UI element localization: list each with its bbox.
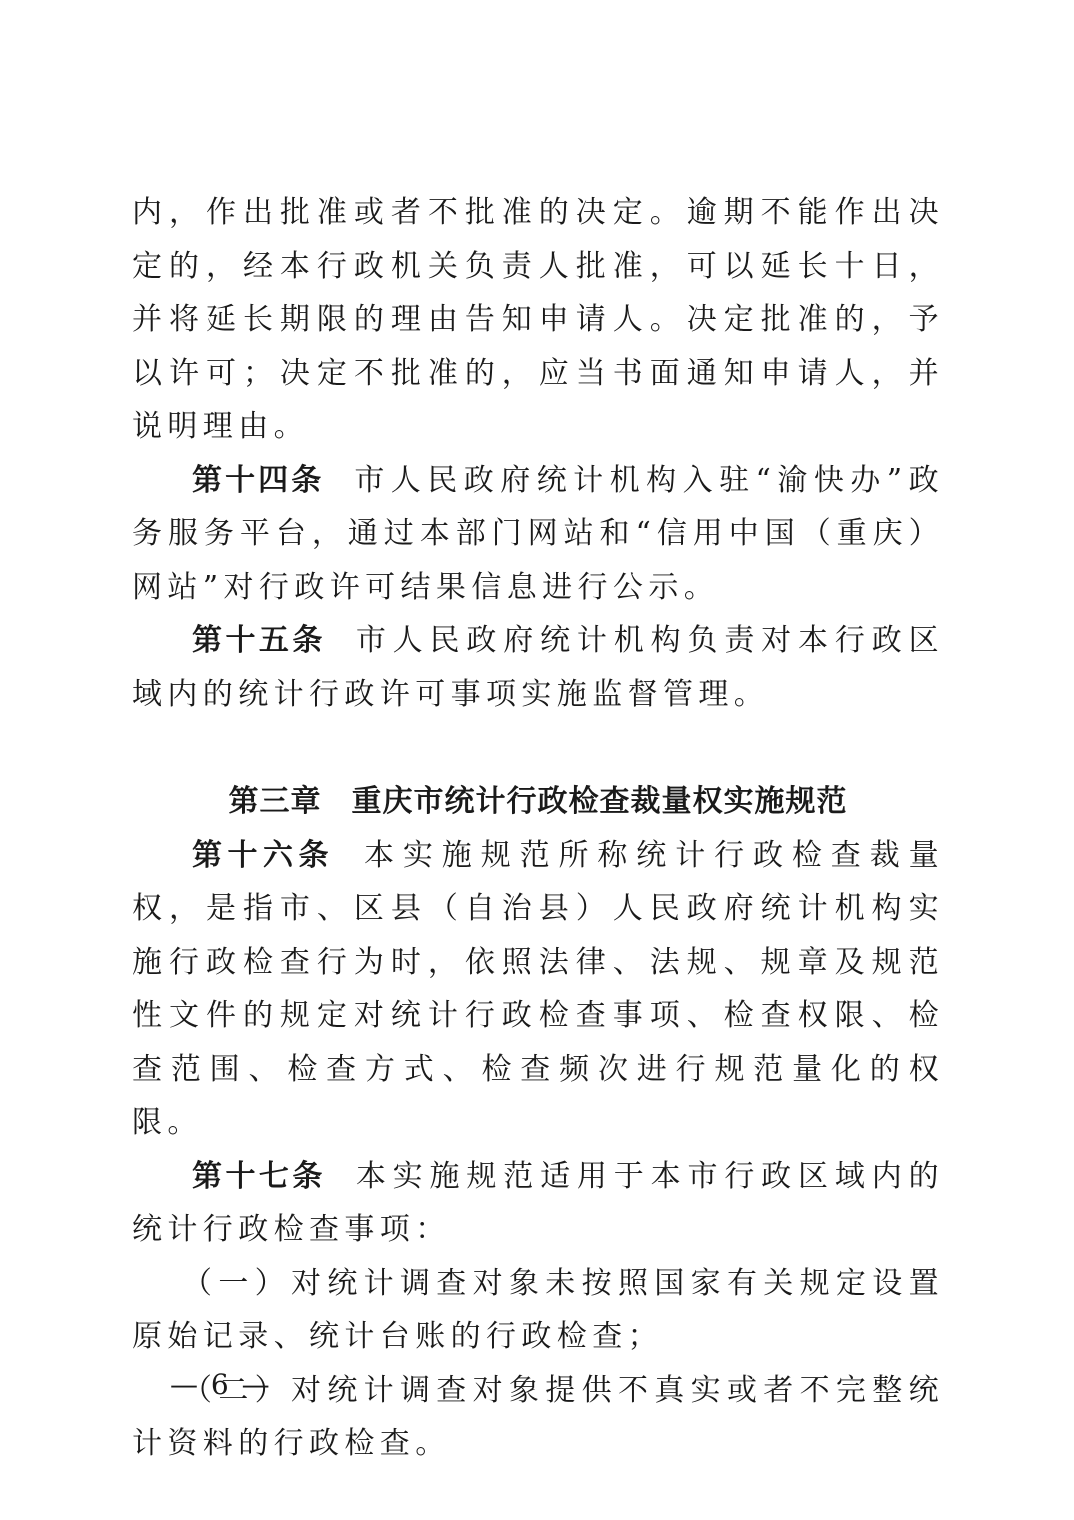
continuation-paragraph: 内，作出批准或者不批准的决定。逾期不能作出决定的，经本行政机关负责人批准，可以延… [132,186,944,454]
article-15: 第十五条市人民政府统计机构负责对本行政区域内的统计行政许可事项实施监督管理。 [132,614,944,721]
article-label: 第十六条 [192,838,334,873]
article-16: 第十六条本实施规范所称统计行政检查裁量权，是指市、区县（自治县）人民政府统计机构… [132,829,944,1150]
article-text: 本实施规范所称统计行政检查裁量权，是指市、区县（自治县）人民政府统计机构实施行政… [132,838,944,1141]
article-label: 第十七条 [192,1159,326,1194]
article-17: 第十七条本实施规范适用于本市行政区域内的统计行政检查事项： [132,1150,944,1257]
document-page: 内，作出批准或者不批准的决定。逾期不能作出决定的，经本行政机关负责人批准，可以延… [132,186,944,1471]
article-label: 第十五条 [192,623,326,658]
list-item-1: （一）对统计调查对象未按照国家有关规定设置原始记录、统计台账的行政检查； [132,1257,944,1364]
article-label: 第十四条 [192,463,324,498]
page-number: — 6 — [170,1368,272,1401]
chapter-title: 重庆市统计行政检查裁量权实施规范 [352,784,848,819]
article-14: 第十四条市人民政府统计机构入驻“渝快办”政务服务平台，通过本部门网站和“信用中国… [132,454,944,615]
chapter-number: 第三章 [229,784,322,819]
chapter-heading: 第三章重庆市统计行政检查裁量权实施规范 [132,775,944,829]
